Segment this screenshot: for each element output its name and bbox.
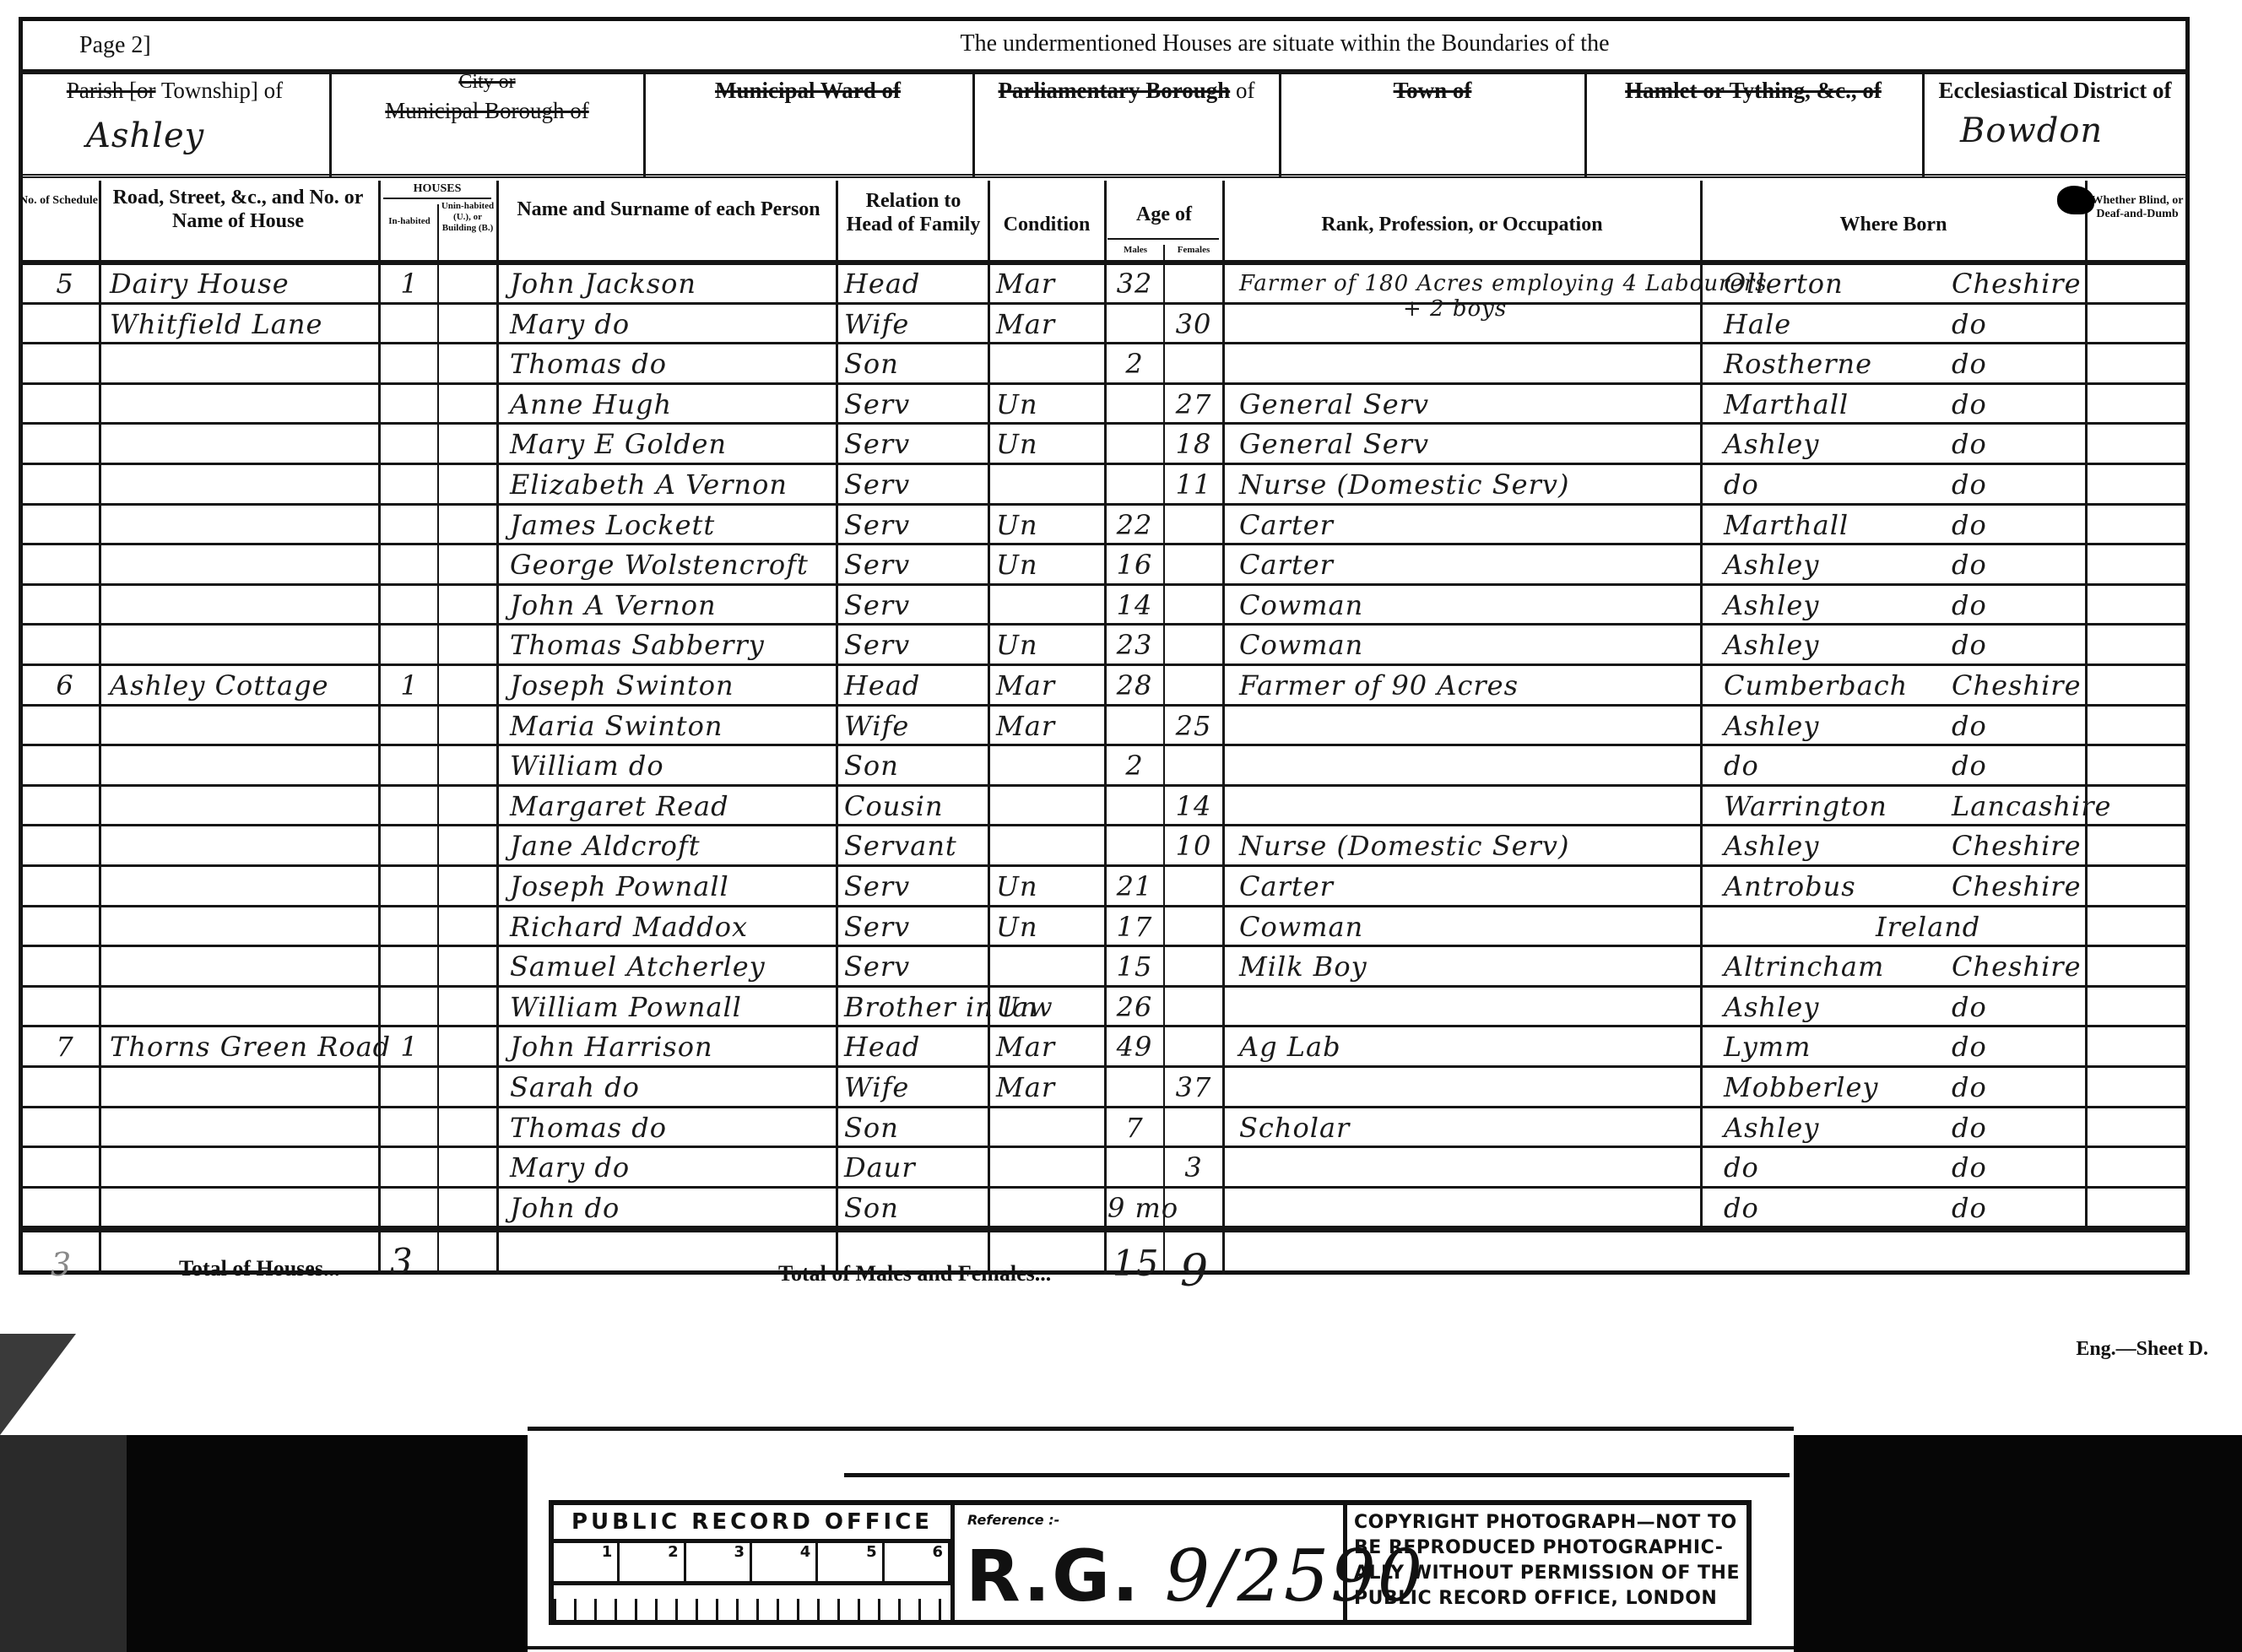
cell-female-age: 10 [1167,826,1221,866]
cell-female-age [1167,1108,1221,1148]
cell-name: Elizabeth A Vernon [510,464,831,505]
cell-born-county: Lancashire [1952,786,2082,826]
cell-relation: Wife [844,1067,983,1108]
area-parliamentary-borough-label: Parliamentary Borough of [977,78,1276,104]
cell-road [110,544,371,585]
cell-male-age: 9 mo [1107,1188,1162,1228]
cell-name: Mary do [510,304,831,344]
cell-born-county: Cheshire [1952,866,2082,907]
schedule-total-mark: 3 [51,1246,71,1283]
cell-female-age [1167,907,1221,947]
sheet-label: Eng.—Sheet D. [2076,1338,2208,1361]
cell-relation: Serv [844,946,983,987]
cell-condition [996,745,1101,786]
cell-road [110,745,371,786]
cell-condition: Mar [996,706,1101,746]
cell-schedule: 7 [35,1026,95,1067]
header-name: Name and Surname of each Person [508,198,829,221]
total-females-value: 9 [1180,1246,1209,1297]
cell-schedule [35,706,95,746]
cell-female-age [1167,946,1221,987]
total-houses-label: Total of Houses... [179,1256,339,1281]
cell-female-age [1167,665,1221,706]
cell-relation: Son [844,1188,983,1228]
cell-road [110,907,371,947]
header-blind: Whether Blind, or Deaf-and-Dumb [2088,194,2186,221]
cell-condition [996,946,1101,987]
cell-male-age: 23 [1107,625,1162,665]
cell-occupation [1239,745,1695,786]
cell-relation: Serv [844,625,983,665]
cell-born-place: do [1724,464,1943,505]
cell-inhabited [383,424,436,464]
area-township-value: Ashley [86,116,204,155]
cell-relation: Wife [844,304,983,344]
paper-fold-shadow [0,1334,76,1435]
cell-male-age: 16 [1107,544,1162,585]
cell-born-county: do [1952,625,2082,665]
cell-road [110,786,371,826]
cell-male-age: 15 [1107,946,1162,987]
cell-road [110,826,371,866]
cell-female-age: 25 [1167,706,1221,746]
cell-female-age [1167,505,1221,545]
cell-road [110,987,371,1027]
cell-schedule [35,1108,95,1148]
total-houses-value: 3 [390,1241,414,1282]
cell-road [110,1108,371,1148]
cell-road [110,866,371,907]
column-divider [988,181,990,1275]
cell-schedule [35,946,95,987]
cell-inhabited [383,625,436,665]
ruler-marks: 1 2 3 4 5 6 [554,1543,950,1585]
cell-condition: Un [996,907,1101,947]
cell-occupation: Scholar [1239,1108,1695,1148]
total-males-value: 15 [1113,1243,1159,1284]
cell-name: William Pownall [510,987,831,1027]
cell-schedule [35,544,95,585]
cell-inhabited [383,544,436,585]
cell-born-place: Altrincham [1724,946,1943,987]
ruler-ticks [554,1585,950,1621]
column-divider [1163,245,1165,1275]
cell-born-place: Lymm [1724,1026,1943,1067]
cell-female-age [1167,866,1221,907]
cell-occupation: Milk Boy [1239,946,1695,987]
cell-born-place: do [1724,745,1943,786]
cell-born-place: Rostherne [1724,344,1943,384]
area-town-label: Town of [1285,78,1580,104]
office-name: PUBLIC RECORD OFFICE [554,1505,950,1543]
card-line [844,1473,1790,1477]
cell-condition: Un [996,384,1101,425]
cell-inhabited [383,585,436,626]
area-township-label: Parish [or Township] of [27,78,322,104]
cell-schedule [35,907,95,947]
cell-name: Jane Aldcroft [510,826,831,866]
cell-born-county: Cheshire [1952,946,2082,987]
cell-schedule [35,384,95,425]
cell-born-place: Ashley [1724,706,1943,746]
cell-schedule [35,987,95,1027]
cell-condition: Un [996,625,1101,665]
cell-relation: Brother in law [844,987,983,1027]
cell-condition: Un [996,544,1101,585]
struck-text: Parish [or [67,78,156,103]
divider [383,198,491,199]
cell-name: Maria Swinton [510,706,831,746]
header-where-born: Where Born [1703,213,2083,236]
cell-male-age: 7 [1107,1108,1162,1148]
cell-male-age [1107,706,1162,746]
cell-name: Joseph Pownall [510,866,831,907]
cell-schedule [35,1188,95,1228]
cell-name: John Jackson [510,263,831,304]
ruler-mark: 3 [686,1543,752,1581]
cell-relation: Serv [844,866,983,907]
cell-male-age: 22 [1107,505,1162,545]
cell-male-age: 26 [1107,987,1162,1027]
column-divider [836,181,838,1275]
cell-born-county: do [1952,1147,2082,1188]
cell-inhabited [383,866,436,907]
label-text: Municipal Borough of [385,98,588,123]
divider [1107,238,1219,240]
cell-born-county: do [1952,987,2082,1027]
cell-born-county: do [1952,1067,2082,1108]
area-hamlet-label: Hamlet or Tything, &c., of [1589,78,1918,104]
cell-male-age: 28 [1107,665,1162,706]
reference-label: Reference :- [967,1512,1059,1528]
cell-name: Thomas Sabberry [510,625,831,665]
cell-occupation [1239,987,1695,1027]
struck-text: City or [335,68,639,96]
cell-male-age: 21 [1107,866,1162,907]
cell-occupation [1239,706,1695,746]
cell-road [110,946,371,987]
area-ecclesiastical-label: Ecclesiastical District of [1926,78,2184,104]
cell-relation: Serv [844,585,983,626]
column-divider [378,181,381,1275]
cell-inhabited [383,505,436,545]
header-condition: Condition [991,213,1102,236]
column-divider [1104,181,1107,1275]
cell-condition: Mar [996,665,1101,706]
header-houses: HOUSES [383,182,491,196]
cell-inhabited [383,946,436,987]
column-divider [1222,181,1225,1275]
divider [1343,1505,1347,1620]
cell-road [110,505,371,545]
cell-relation: Serv [844,907,983,947]
reference-prefix: R.G. [966,1535,1140,1617]
cell-born-county: Cheshire [1952,826,2082,866]
scale-ruler: 1 2 3 4 5 6 [554,1543,950,1619]
cell-name: Thomas do [510,1108,831,1148]
cell-male-age: 32 [1107,263,1162,304]
cell-inhabited [383,304,436,344]
cell-condition [996,1147,1101,1188]
cell-relation: Serv [844,544,983,585]
cell-female-age [1167,745,1221,786]
cell-born-place: Ashley [1724,826,1943,866]
cell-relation: Son [844,344,983,384]
cell-born-county: do [1952,1108,2082,1148]
cell-inhabited: 1 [383,1026,436,1067]
cell-schedule [35,826,95,866]
cell-born-county: do [1952,424,2082,464]
cell-road: Thorns Green Road [110,1026,371,1067]
cell-name: John Harrison [510,1026,831,1067]
area-municipal-ward-label: Municipal Ward of [647,78,968,104]
divider [1279,71,1281,177]
ruler-mark: 2 [620,1543,685,1581]
cell-inhabited [383,987,436,1027]
page-label: Page 2] [79,32,151,59]
cell-female-age: 3 [1167,1147,1221,1188]
cell-relation: Serv [844,424,983,464]
cell-born-county: do [1952,505,2082,545]
cell-female-age [1167,263,1221,304]
ruler-mark: 4 [752,1543,818,1581]
cell-relation: Daur [844,1147,983,1188]
cell-relation: Son [844,1108,983,1148]
cell-name: Joseph Swinton [510,665,831,706]
cell-male-age [1107,786,1162,826]
ruler-mark: 1 [554,1543,620,1581]
header-females: Females [1167,245,1221,256]
cell-condition [996,1188,1101,1228]
cell-condition [996,344,1101,384]
cell-condition: Mar [996,1067,1101,1108]
cell-born-place: do [1724,1188,1943,1228]
cell-relation: Servant [844,826,983,866]
cell-occupation: Cowman [1239,907,1695,947]
cell-born-county: do [1952,745,2082,786]
cell-schedule: 5 [35,263,95,304]
cell-born-county: do [1952,544,2082,585]
column-divider [99,181,101,1275]
cell-female-age: 30 [1167,304,1221,344]
cell-born-place: Mobberley [1724,1067,1943,1108]
column-divider [496,181,499,1275]
cell-inhabited [383,1108,436,1148]
cell-female-age [1167,585,1221,626]
header-uninhabited: Unin-habited (U.), or Building (B.) [441,201,495,234]
cell-inhabited [383,745,436,786]
cell-male-age [1107,424,1162,464]
cell-born-place: Ashley [1724,987,1943,1027]
cell-inhabited [383,344,436,384]
cell-male-age: 14 [1107,585,1162,626]
cell-condition: Mar [996,1026,1101,1067]
divider [19,1227,2190,1232]
cell-road [110,1188,371,1228]
cell-condition: Un [996,866,1101,907]
cell-name: James Lockett [510,505,831,545]
cell-female-age [1167,1188,1221,1228]
divider [329,71,332,177]
cell-name: Mary do [510,1147,831,1188]
cell-born-place: Ashley [1724,544,1943,585]
cell-relation: Head [844,263,983,304]
cell-name: Margaret Read [510,786,831,826]
cell-born-county: do [1952,304,2082,344]
divider [972,71,975,177]
cell-relation: Serv [844,384,983,425]
cell-male-age [1107,464,1162,505]
cell-condition [996,786,1101,826]
cell-born-county: Cheshire [1952,263,2082,304]
cell-female-age: 27 [1167,384,1221,425]
boundary-title: The undermentioned Houses are situate wi… [441,30,2129,57]
cell-name: George Wolstencroft [510,544,831,585]
cell-born-place: Ashley [1724,625,1943,665]
cell-name: William do [510,745,831,786]
cell-female-age [1167,625,1221,665]
cell-born-place: Hale [1724,304,1943,344]
cell-road [110,625,371,665]
cell-born-county: do [1952,585,2082,626]
cell-name: Anne Hugh [510,384,831,425]
cell-born-place: Ashley [1724,424,1943,464]
cell-inhabited: 1 [383,263,436,304]
divider [1584,71,1587,177]
header-road: Road, Street, &c., and No. or Name of Ho… [111,186,365,233]
cell-inhabited [383,826,436,866]
cell-schedule [35,1147,95,1188]
struck-text: Parliamentary Borough [999,78,1231,103]
cell-schedule [35,505,95,545]
cell-condition [996,1108,1101,1148]
header-occupation: Rank, Profession, or Occupation [1226,213,1698,236]
cell-occupation [1239,786,1695,826]
cell-condition: Mar [996,304,1101,344]
cell-name: Thomas do [510,344,831,384]
divider [643,71,646,177]
cell-road [110,706,371,746]
header-relation: Relation to Head of Family [842,189,985,236]
cell-schedule: 6 [35,665,95,706]
cell-male-age [1107,826,1162,866]
cell-born-place: Marthall [1724,505,1943,545]
cell-born-place: Ashley [1724,585,1943,626]
cell-born-place: Antrobus [1724,866,1943,907]
cell-relation: Head [844,1026,983,1067]
cell-occupation: Carter [1239,505,1695,545]
cell-born-county: Cheshire [1952,665,2082,706]
cell-male-age [1107,384,1162,425]
cell-schedule [35,745,95,786]
label-text: of [1236,78,1255,103]
cell-occupation: Carter [1239,544,1695,585]
cell-female-age [1167,1026,1221,1067]
cell-inhabited [383,1147,436,1188]
ruler-mark: 5 [818,1543,884,1581]
cell-inhabited [383,1188,436,1228]
scan-background-left [0,1435,127,1652]
cell-relation: Cousin [844,786,983,826]
cell-occupation: Cowman [1239,585,1695,626]
cell-born-county: Ireland [1876,907,2006,947]
cell-inhabited [383,907,436,947]
cell-inhabited [383,464,436,505]
label-text: Township] of [161,78,283,103]
cell-occupation: Nurse (Domestic Serv) [1239,464,1695,505]
cell-female-age: 37 [1167,1067,1221,1108]
cell-male-age: 2 [1107,344,1162,384]
cell-occupation [1239,1067,1695,1108]
ink-blot [2057,186,2094,214]
cell-name: Mary E Golden [510,424,831,464]
cell-relation: Head [844,665,983,706]
cell-occupation: Cowman [1239,625,1695,665]
divider [950,1505,955,1620]
cell-condition: Mar [996,263,1101,304]
cell-female-age [1167,987,1221,1027]
cell-relation: Son [844,745,983,786]
cell-name: Samuel Atcherley [510,946,831,987]
cell-name: John A Vernon [510,585,831,626]
column-divider [437,204,439,1275]
cell-condition [996,585,1101,626]
header-age: Age of [1107,203,1221,226]
cell-road [110,464,371,505]
cell-born-county: do [1952,384,2082,425]
cell-road: Whitfield Lane [110,304,371,344]
cell-female-age: 11 [1167,464,1221,505]
cell-condition [996,826,1101,866]
cell-road [110,1147,371,1188]
cell-occupation: Ag Lab [1239,1026,1695,1067]
cell-occupation: General Serv [1239,424,1695,464]
cell-male-age: 49 [1107,1026,1162,1067]
cell-relation: Serv [844,464,983,505]
card-line [528,1646,1794,1649]
cell-born-place: Marthall [1724,384,1943,425]
cell-female-age: 18 [1167,424,1221,464]
card-line [528,1427,1794,1431]
cell-condition [996,464,1101,505]
header-schedule: No. of Schedule [19,194,99,208]
cell-born-county: do [1952,1026,2082,1067]
cell-occupation [1239,1147,1695,1188]
cell-born-county: do [1952,706,2082,746]
cell-male-age [1107,304,1162,344]
cell-schedule [35,786,95,826]
cell-born-place: Ashley [1724,1108,1943,1148]
total-persons-label: Total of Males and Females... [778,1261,1051,1286]
cell-occupation: General Serv [1239,384,1695,425]
cell-born-county: do [1952,344,2082,384]
cell-schedule [35,344,95,384]
cell-occupation: Farmer of 90 Acres [1239,665,1695,706]
cell-male-age [1107,1067,1162,1108]
cell-female-age: 14 [1167,786,1221,826]
cell-condition: Un [996,987,1101,1027]
cell-inhabited [383,1067,436,1108]
cell-occupation: Carter [1239,866,1695,907]
cell-born-county: do [1952,1188,2082,1228]
cell-road: Dairy House [110,263,371,304]
cell-female-age [1167,344,1221,384]
cell-road [110,424,371,464]
cell-male-age: 2 [1107,745,1162,786]
cell-female-age [1167,544,1221,585]
cell-born-place: Warrington [1724,786,1943,826]
cell-condition: Un [996,505,1101,545]
